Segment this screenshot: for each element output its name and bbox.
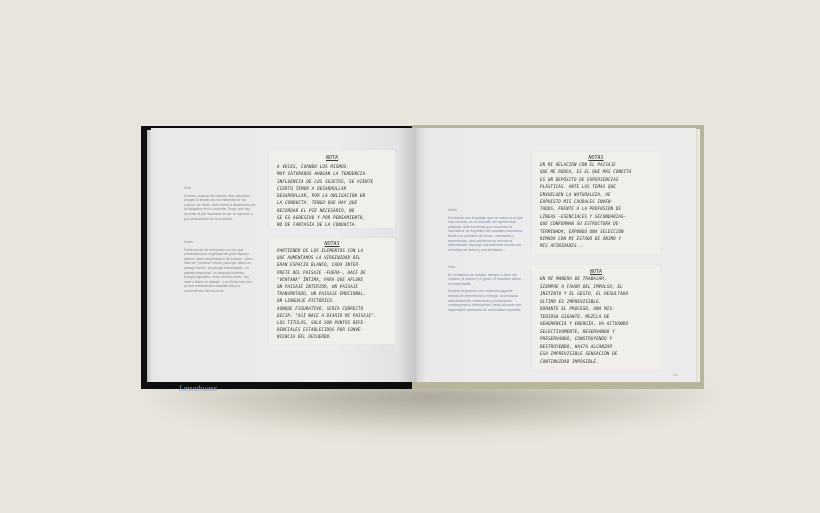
note-handwriting: PARTIENDO DE LOS ELEMENTOS CON LA QUE AU… <box>269 247 395 341</box>
note-handwriting: A VECES, CUANDO LOS MISMOS MUY SATURADOS… <box>269 161 395 228</box>
right-caption-2: Nota En mi manera de trabajar, siempre a… <box>448 265 524 315</box>
handwritten-note-image-4: NOTA EN MI MANERA DE TRABAJAR, SIEMPRE A… <box>532 265 660 370</box>
caption-heading: Nota <box>184 186 256 191</box>
book-spine-gutter <box>398 128 426 382</box>
note-handwriting: EN MI MANERA DE TRABAJAR, SIEMPRE A FAVO… <box>532 275 660 365</box>
publisher-logo: Lesvahuass <box>179 385 217 393</box>
note-handwriting: EN MI RELACIÓN CON EL PAISAJE QUE ME ROD… <box>532 161 660 250</box>
caption-heading: Nota <box>448 265 524 270</box>
handwritten-note-image-1: NOTA A VECES, CUANDO LOS MISMOS MUY SATU… <box>269 150 395 228</box>
caption-paragraph: Mi relación con el paisaje que me rodea … <box>448 216 524 253</box>
handwritten-note-image-3: NOTAS EN MI RELACIÓN CON EL PAISAJE QUE … <box>532 152 660 254</box>
caption-heading: Notas <box>184 240 256 245</box>
page-number: 101 <box>673 373 678 377</box>
caption-paragraph: Partiendo de los elementos con los que a… <box>184 248 256 294</box>
right-page-stack-edge <box>696 129 700 382</box>
left-caption-2: Notas Partiendo de los elementos con los… <box>184 240 256 297</box>
caption-heading: Notas <box>448 208 524 213</box>
caption-paragraph: En mi manera de trabajar, siempre a favo… <box>448 273 524 287</box>
caption-paragraph: A veces, cuando los mismos muy saturados… <box>184 194 256 222</box>
left-caption-1: Nota A veces, cuando los mismos muy satu… <box>184 186 256 224</box>
handwritten-note-image-2: NOTAS PARTIENDO DE LOS ELEMENTOS CON LA … <box>269 238 395 344</box>
book-shadow <box>150 385 710 435</box>
caption-paragraph: Durante el proceso, una misteriosa gigan… <box>448 289 524 312</box>
right-caption-1: Notas Mi relación con el paisaje que me … <box>448 208 524 255</box>
